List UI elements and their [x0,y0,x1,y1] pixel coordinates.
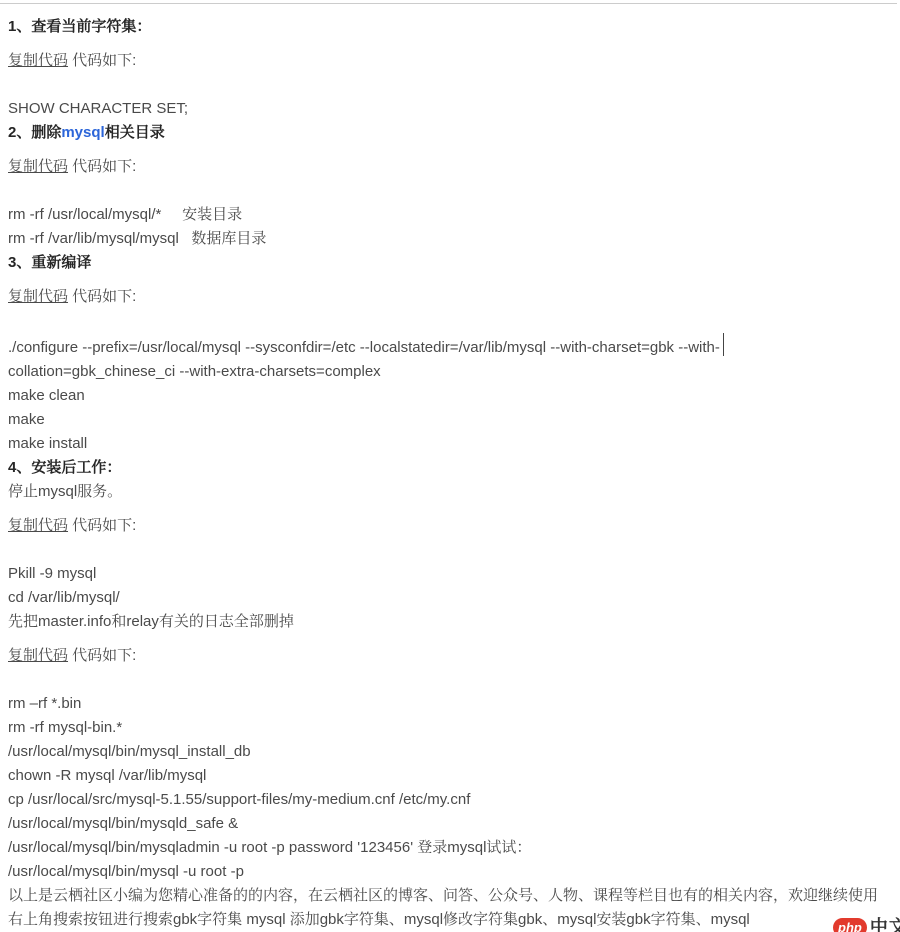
mysql-link[interactable]: mysql [61,124,104,141]
code-line [8,179,888,203]
code-line [8,73,888,97]
code-line: SHOW CHARACTER SET; [8,97,888,121]
code-line [8,309,888,333]
code-line: make [8,408,888,432]
php-cn-logo-text: 中文网 [870,917,900,932]
stop-mysql-note: 停止mysql服务。 [8,480,888,504]
code-follows-label-5: 代码如下: [68,647,136,664]
heading2-suffix: 相关目录 [105,124,165,141]
code-follows-label-2: 代码如下: [68,158,136,175]
code-follows-label-3: 代码如下: [68,288,136,305]
section-heading-1: 1、查看当前字符集： [8,15,888,39]
copy-code-line-5: 复制代码 代码如下: [8,644,888,668]
code-line: rm -rf /usr/local/mysql/* 安装目录 [8,203,888,227]
code-block-2: rm -rf /usr/local/mysql/* 安装目录 rm -rf /v… [8,179,888,251]
code-line [8,538,888,562]
code-line: cp /usr/local/src/mysql-5.1.55/support-f… [8,788,888,812]
code-block-1: SHOW CHARACTER SET; [8,73,888,121]
code-line: collation=gbk_chinese_ci --with-extra-ch… [8,360,888,384]
code-line: rm –rf *.bin [8,692,888,716]
code-line: /usr/local/mysql/bin/mysql -u root -p [8,860,888,884]
section-heading-2: 2、删除mysql相关目录 [8,121,888,145]
php-badge-icon: php [833,918,867,932]
code-line: cd /var/lib/mysql/ [8,586,888,610]
heading2-prefix: 2、删除 [8,124,61,141]
code-line: rm -rf mysql-bin.* [8,716,888,740]
article-page: 1、查看当前字符集： 复制代码 代码如下: SHOW CHARACTER SET… [0,0,900,932]
copy-code-line-4: 复制代码 代码如下: [8,514,888,538]
code-line: ./configure --prefix=/usr/local/mysql --… [8,333,888,360]
code-block-5: rm –rf *.bin rm -rf mysql-bin.* /usr/loc… [8,668,888,884]
section-heading-3: 3、重新编译 [8,251,888,275]
code-line: rm -rf /var/lib/mysql/mysql 数据库目录 [8,227,888,251]
code-line: make clean [8,384,888,408]
copy-code-line-3: 复制代码 代码如下: [8,285,888,309]
code-line: /usr/local/mysql/bin/mysqld_safe & [8,812,888,836]
code-line: 先把master.info和relay有关的日志全部删掉 [8,610,888,634]
code-follows-label-1: 代码如下: [68,52,136,69]
code-line: Pkill -9 mysql [8,562,888,586]
copy-code-link-5[interactable]: 复制代码 [8,647,68,664]
configure-command-part1: ./configure --prefix=/usr/local/mysql --… [8,339,720,356]
text-caret [723,333,724,356]
code-line: /usr/local/mysql/bin/mysql_install_db [8,740,888,764]
copy-code-link-3[interactable]: 复制代码 [8,288,68,305]
php-cn-logo: php 中文网 [833,917,900,932]
section-heading-4: 4、安装后工作： [8,456,888,480]
copy-code-line-2: 复制代码 代码如下: [8,155,888,179]
code-line: /usr/local/mysql/bin/mysqladmin -u root … [8,836,888,860]
code-follows-label-4: 代码如下: [68,517,136,534]
copy-code-link-4[interactable]: 复制代码 [8,517,68,534]
top-divider [0,3,897,4]
copy-code-link-2[interactable]: 复制代码 [8,158,68,175]
copy-code-link-1[interactable]: 复制代码 [8,52,68,69]
copy-code-line-1: 复制代码 代码如下: [8,49,888,73]
code-block-4: Pkill -9 mysql cd /var/lib/mysql/ 先把mast… [8,538,888,634]
footer-summary: 以上是云栖社区小编为您精心准备的的内容，在云栖社区的博客、问答、公众号、人物、课… [8,884,888,932]
code-line [8,668,888,692]
code-line: chown -R mysql /var/lib/mysql [8,764,888,788]
code-block-3: ./configure --prefix=/usr/local/mysql --… [8,309,888,456]
code-line: make install [8,432,888,456]
